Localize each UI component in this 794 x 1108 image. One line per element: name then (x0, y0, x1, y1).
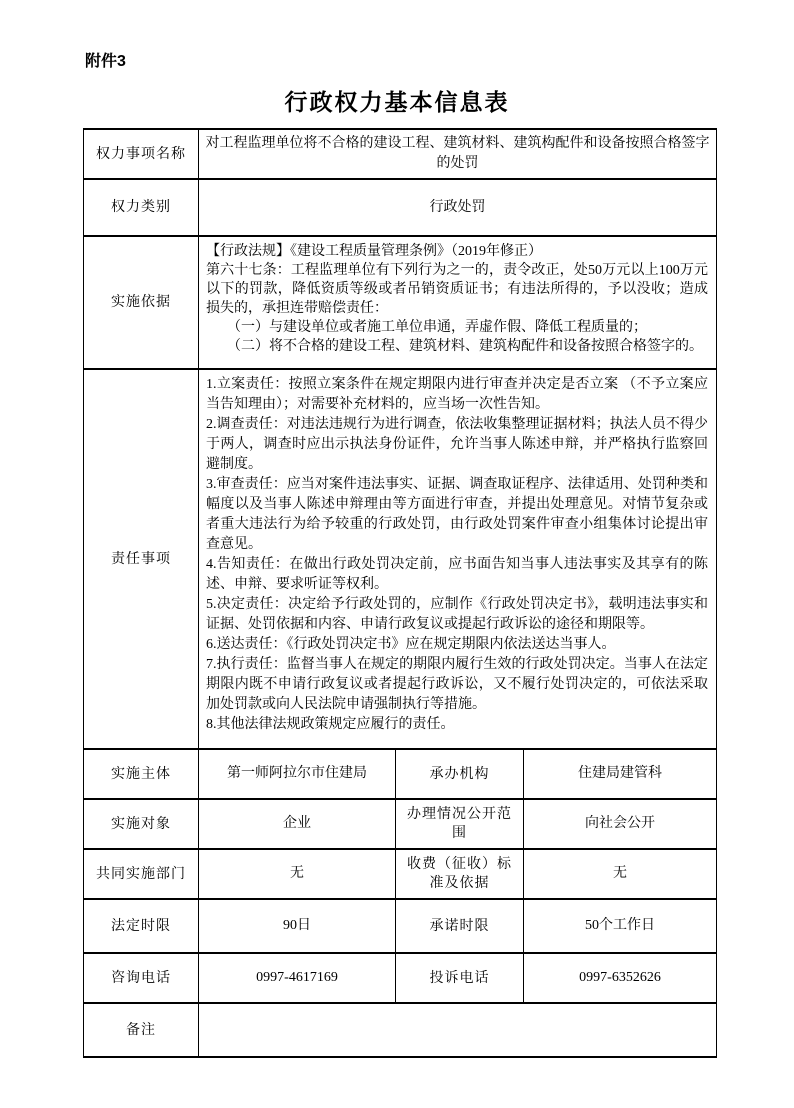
row-value: 无 (524, 849, 717, 899)
row-value: 无 (199, 849, 396, 899)
table-row-joint-dept: 共同实施部门 无 收费（征收）标准及依据 无 (84, 849, 717, 899)
row-label: 咨询电话 (84, 953, 199, 1003)
row-value: 行政处罚 (199, 179, 717, 236)
row-value: 住建局建管科 (524, 749, 717, 799)
table-row-item-name: 权力事项名称 对工程监理单位将不合格的建设工程、建筑材料、建筑构配件和设备按照合… (84, 129, 717, 179)
table-row-category: 权力类别 行政处罚 (84, 179, 717, 236)
row-label: 收费（征收）标准及依据 (396, 849, 524, 899)
row-value: 0997-6352626 (524, 953, 717, 1003)
row-label: 权力事项名称 (84, 129, 199, 179)
row-label: 共同实施部门 (84, 849, 199, 899)
row-value: 1.立案责任：按照立案条件在规定期限内进行审查并决定是否立案 （不予立案应当告知… (199, 369, 717, 749)
row-label: 办理情况公开范围 (396, 799, 524, 849)
row-value: 第一师阿拉尔市住建局 (199, 749, 396, 799)
row-label: 实施对象 (84, 799, 199, 849)
row-label: 法定时限 (84, 899, 199, 953)
row-label: 承诺时限 (396, 899, 524, 953)
table-row-phones: 咨询电话 0997-4617169 投诉电话 0997-6352626 (84, 953, 717, 1003)
table-row-implementer: 实施主体 第一师阿拉尔市住建局 承办机构 住建局建管科 (84, 749, 717, 799)
row-value: 0997-4617169 (199, 953, 396, 1003)
row-value: 向社会公开 (524, 799, 717, 849)
attachment-label: 附件3 (85, 48, 126, 71)
main-table: 权力事项名称 对工程监理单位将不合格的建设工程、建筑材料、建筑构配件和设备按照合… (83, 128, 717, 1058)
row-value: 50个工作日 (524, 899, 717, 953)
row-value: 企业 (199, 799, 396, 849)
row-value: 90日 (199, 899, 396, 953)
row-value: 对工程监理单位将不合格的建设工程、建筑材料、建筑构配件和设备按照合格签字的处罚 (199, 129, 717, 179)
row-label: 承办机构 (396, 749, 524, 799)
table-row-time-limit: 法定时限 90日 承诺时限 50个工作日 (84, 899, 717, 953)
table-row-target: 实施对象 企业 办理情况公开范围 向社会公开 (84, 799, 717, 849)
row-label: 投诉电话 (396, 953, 524, 1003)
row-label: 备注 (84, 1003, 199, 1057)
row-label: 责任事项 (84, 369, 199, 749)
row-value: 【行政法规】《建设工程质量管理条例》（2019年修正） 第六十七条：工程监理单位… (199, 236, 717, 369)
row-label: 实施主体 (84, 749, 199, 799)
table-row-duties: 责任事项 1.立案责任：按照立案条件在规定期限内进行审查并决定是否立案 （不予立… (84, 369, 717, 749)
table-row-basis: 实施依据 【行政法规】《建设工程质量管理条例》（2019年修正） 第六十七条：工… (84, 236, 717, 369)
row-label: 权力类别 (84, 179, 199, 236)
table-row-remark: 备注 (84, 1003, 717, 1057)
row-label: 实施依据 (84, 236, 199, 369)
row-value (199, 1003, 717, 1057)
page-title: 行政权力基本信息表 (0, 84, 794, 117)
